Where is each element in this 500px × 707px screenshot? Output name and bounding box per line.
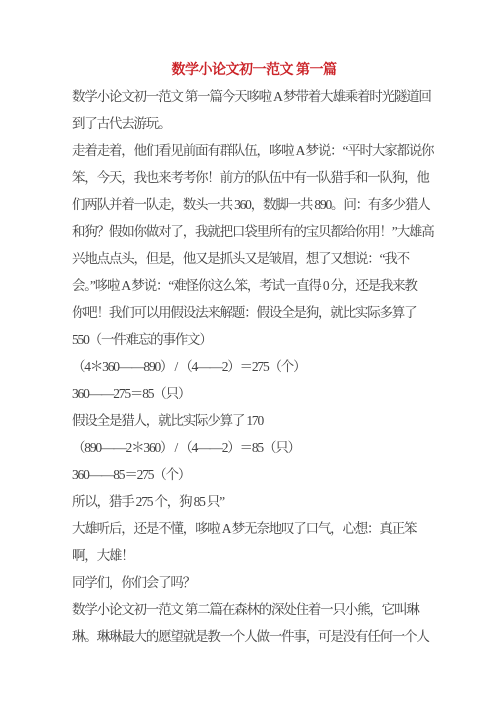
text-line: 大雄听后，还是不懂，哆啦 A 梦无奈地叹了口气，心想：真正笨 bbox=[72, 515, 444, 542]
text-line: 数学小论文初一范文 第二篇在森林的深处住着一只小熊，它叫琳 bbox=[72, 596, 444, 623]
text-line: 所以，猎手 275 个，狗 85 只” bbox=[72, 488, 444, 515]
text-line: 数学小论文初一范文 第一篇今天哆啦 A 梦带着大雄乘着时光隧道回 bbox=[72, 83, 444, 110]
text-line: 到了古代去游玩。 bbox=[72, 110, 444, 137]
text-line: （890——2＊360） / （4——2）＝85（只） bbox=[72, 434, 444, 461]
text-line: 550（一件难忘的事作文） bbox=[72, 326, 444, 353]
document-title: 数学小论文初一范文 第一篇 bbox=[66, 57, 442, 84]
text-line: 兴地点点头，但是，他又是抓头又是皱眉，想了又想说：“我不 bbox=[72, 245, 444, 272]
text-line: 360——275＝85（只） bbox=[72, 380, 444, 407]
text-line: （4＊360——890） / （4——2）＝275（个） bbox=[72, 353, 444, 380]
document-page: 数学小论文初一范文 第一篇 数学小论文初一范文 第一篇今天哆啦 A 梦带着大雄乘… bbox=[0, 0, 500, 707]
text-line: 们两队并着一队走，数头一共 360，数脚一共 890。问：有多少猎人 bbox=[72, 191, 444, 218]
document-body: 数学小论文初一范文 第一篇今天哆啦 A 梦带着大雄乘着时光隧道回到了古代去游玩。… bbox=[72, 83, 444, 650]
text-line: 同学们，你们会了吗？ bbox=[72, 569, 444, 596]
text-line: 啊，大雄！ bbox=[72, 542, 444, 569]
text-line: 会。”哆啦 A 梦说：“难怪你这么笨，考试一直得 0 分，还是我来教 bbox=[72, 272, 444, 299]
text-line: 和狗？假如你做对了，我就把口袋里所有的宝贝都给你用！”大雄高 bbox=[72, 218, 444, 245]
text-line: 你吧！我们可以用假设法来解题：假设全是狗，就比实际多算了 bbox=[72, 299, 444, 326]
text-line: 假设全是猎人，就比实际少算了 170 bbox=[72, 407, 444, 434]
text-line: 笨，今天，我也来考考你！前方的队伍中有一队猎手和一队狗，他 bbox=[72, 164, 444, 191]
text-line: 360——85＝275（个） bbox=[72, 461, 444, 488]
text-line: 走着走着，他们看见前面有群队伍，哆啦 A 梦说：“平时大家都说你 bbox=[72, 137, 444, 164]
text-line: 琳。琳琳最大的愿望就是教一个人做一件事，可是没有任何一个人 bbox=[72, 623, 444, 650]
